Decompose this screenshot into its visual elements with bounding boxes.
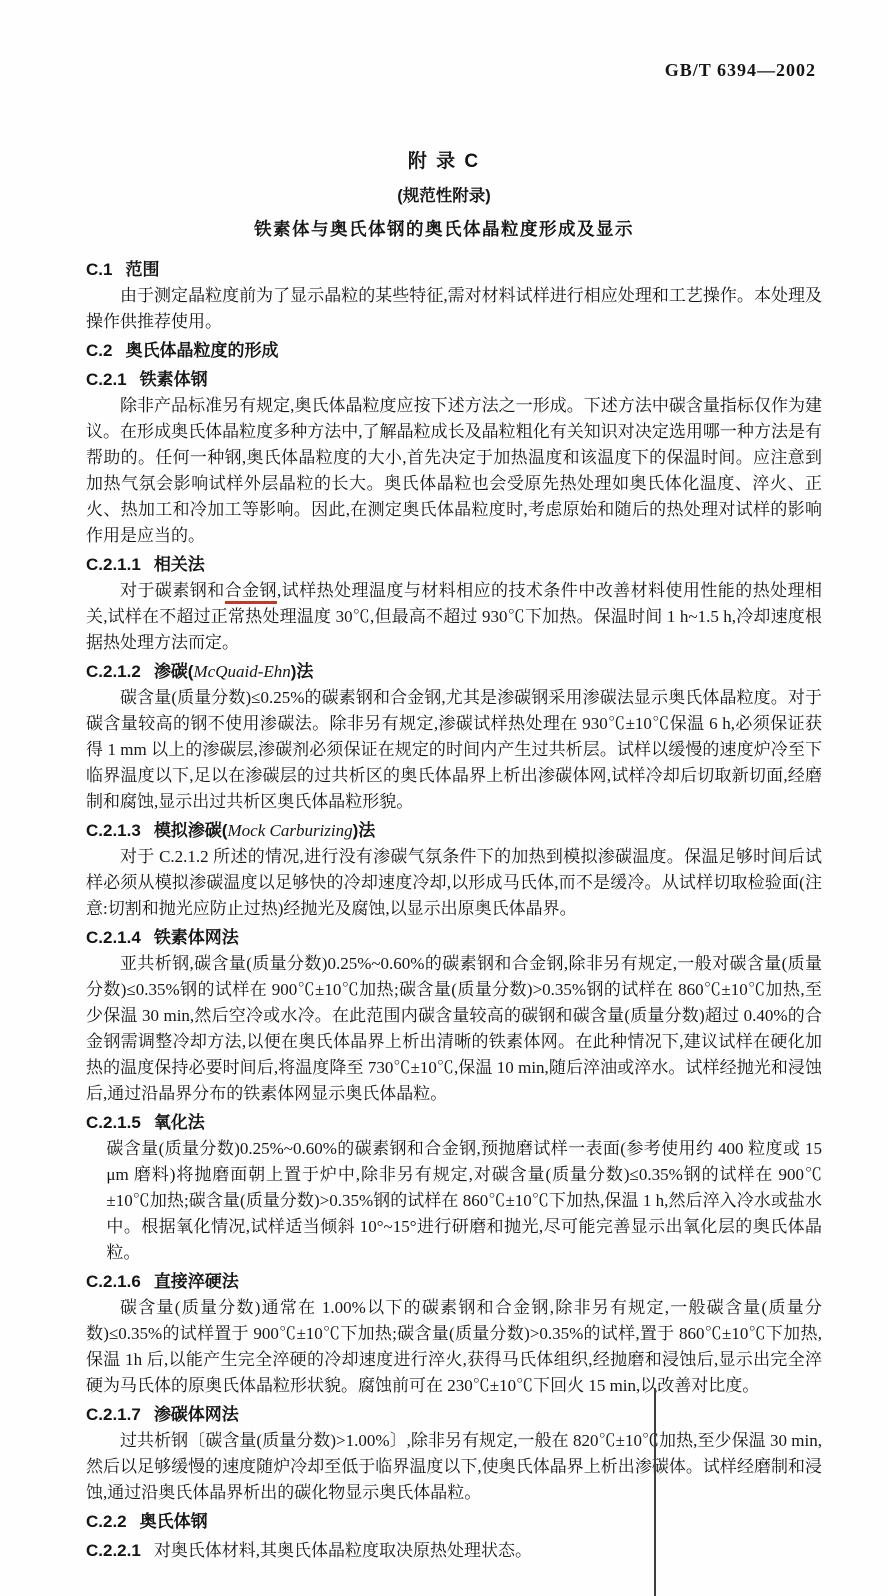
paragraph-c21: 除非产品标准另有规定,奥氏体晶粒度应按下述方法之一形成。下述方法中碳含量指标仅作… — [86, 393, 822, 549]
red-underline-annotation: 合金钢 — [225, 581, 277, 604]
clause-title: 渗碳体网法 — [154, 1405, 239, 1424]
heading-c216: C.2.1.6直接淬硬法 — [86, 1269, 822, 1295]
heading-c214: C.2.1.4铁素体网法 — [86, 925, 822, 951]
document-body: C.1范围 由于测定晶粒度前为了显示晶粒的某些特征,需对材料试样进行相应处理和工… — [86, 254, 822, 1564]
paragraph-c1: 由于测定晶粒度前为了显示晶粒的某些特征,需对材料试样进行相应处理和工艺操作。本处… — [86, 283, 822, 335]
clause-title-text: 渗碳( — [154, 662, 194, 681]
heading-c211: C.2.1.1相关法 — [86, 552, 822, 578]
paragraph-c214: 亚共析钢,碳含量(质量分数)0.25%~0.60%的碳素钢和合金钢,除非另有规定… — [86, 951, 822, 1107]
clause-title-text: 模拟渗碳( — [154, 821, 228, 840]
paragraph-c211: 对于碳素钢和合金钢,试样热处理温度与材料相应的技术条件中改善材料使用性能的热处理… — [86, 578, 822, 656]
heading-c2: C.2奥氏体晶粒度的形成 — [86, 338, 822, 364]
clause-title: 模拟渗碳(Mock Carburizing)法 — [154, 821, 375, 840]
clause-number: C.2.1.1 — [86, 555, 141, 574]
clause-title: 相关法 — [154, 555, 205, 574]
heading-c1: C.1范围 — [86, 257, 822, 283]
clause-title-text: )法 — [291, 662, 314, 681]
clause-c221: C.2.2.1对奥氏体材料,其奥氏体晶粒度取决原热处理状态。 — [86, 1538, 822, 1564]
heading-c213: C.2.1.3模拟渗碳(Mock Carburizing)法 — [86, 818, 822, 844]
clause-number: C.2.1.7 — [86, 1405, 141, 1424]
clause-number: C.2 — [86, 341, 112, 360]
clause-title: 奥氏体钢 — [140, 1512, 208, 1531]
clause-number: C.2.1.2 — [86, 662, 141, 681]
appendix-label: 附 录 C — [0, 146, 888, 173]
paragraph-c217: 过共析钢〔碳含量(质量分数)>1.00%〕,除非另有规定,一般在 820℃±10… — [86, 1428, 822, 1506]
clause-title-text: )法 — [353, 821, 376, 840]
clause-number: C.1 — [86, 260, 112, 279]
heading-c217: C.2.1.7渗碳体网法 — [86, 1402, 822, 1428]
paragraph-c215: 碳含量(质量分数)0.25%~0.60%的碳素钢和合金钢,预抛磨试样一表面(参考… — [106, 1136, 822, 1266]
paragraph-text: 对于碳素钢和 — [120, 581, 225, 600]
clause-number: C.2.1.6 — [86, 1272, 141, 1291]
heading-c212: C.2.1.2渗碳(McQuaid-Ehn)法 — [86, 659, 822, 685]
clause-title: 直接淬硬法 — [154, 1272, 239, 1291]
clause-title: 渗碳(McQuaid-Ehn)法 — [154, 662, 314, 681]
appendix-title: 铁素体与奥氏体钢的奥氏体晶粒度形成及显示 — [0, 216, 888, 241]
clause-text: 对奥氏体材料,其奥氏体晶粒度取决原热处理状态。 — [154, 1541, 532, 1560]
clause-title-latin: McQuaid-Ehn — [193, 662, 290, 681]
paragraph-c216: 碳含量(质量分数)通常在 1.00%以下的碳素钢和合金钢,除非另有规定,一般碳含… — [86, 1295, 822, 1399]
clause-number: C.2.1.3 — [86, 821, 141, 840]
heading-c21: C.2.1铁素体钢 — [86, 367, 822, 393]
clause-number: C.2.2.1 — [86, 1541, 141, 1560]
standard-number: GB/T 6394—2002 — [665, 60, 816, 81]
paragraph-c212: 碳含量(质量分数)≤0.25%的碳素钢和合金钢,尤其是渗碳钢采用渗碳法显示奥氏体… — [86, 685, 822, 815]
heading-c215: C.2.1.5氧化法 — [86, 1110, 822, 1136]
paragraph-c213: 对于 C.2.1.2 所述的情况,进行没有渗碳气氛条件下的加热到模拟渗碳温度。保… — [86, 844, 822, 922]
clause-title: 奥氏体晶粒度的形成 — [125, 341, 278, 360]
clause-number: C.2.1.4 — [86, 928, 141, 947]
clause-title-latin: Mock Carburizing — [227, 821, 352, 840]
clause-title: 氧化法 — [154, 1113, 205, 1132]
appendix-type: (规范性附录) — [0, 182, 888, 206]
clause-number: C.2.1.5 — [86, 1113, 141, 1132]
clause-title: 范围 — [125, 260, 159, 279]
clause-title: 铁素体钢 — [140, 370, 208, 389]
appendix-header: 附 录 C (规范性附录) 铁素体与奥氏体钢的奥氏体晶粒度形成及显示 — [0, 146, 888, 241]
scan-artifact-line — [654, 1388, 656, 1596]
clause-number: C.2.1 — [86, 370, 127, 389]
heading-c22: C.2.2奥氏体钢 — [86, 1509, 822, 1535]
clause-title: 铁素体网法 — [154, 928, 239, 947]
clause-number: C.2.2 — [86, 1512, 127, 1531]
